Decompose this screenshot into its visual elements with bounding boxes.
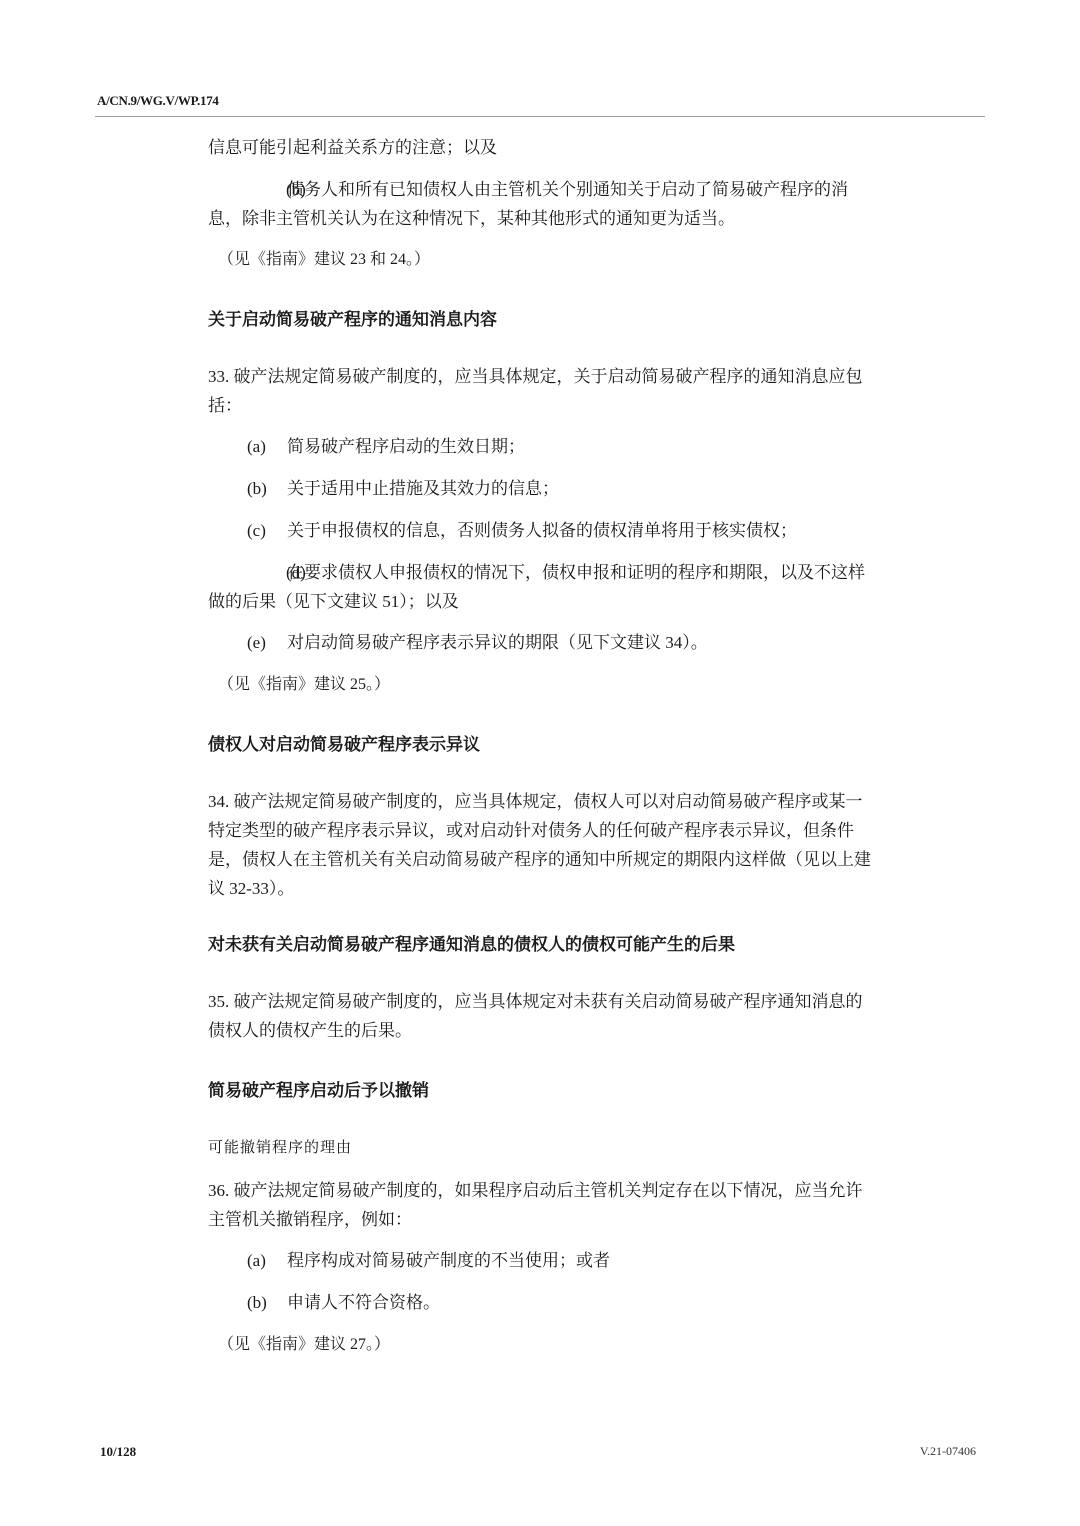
guide-reference-note: （见《指南》建议 25。） [218,670,884,699]
section-heading: 对未获有关启动简易破产程序通知消息的债权人的债权可能产生的后果 [208,930,874,959]
section-heading: 简易破产程序启动后予以撤销 [208,1076,874,1105]
list-item: (b)关于适用中止措施及其效力的信息； [208,474,874,503]
guide-reference-note: （见《指南》建议 27。） [218,1330,884,1359]
list-item-label: (a) [247,1246,287,1275]
list-item-text: 债务人和所有已知债权人由主管机关个别通知关于启动了简易破产程序的消息，除非主管机… [208,180,848,228]
paragraph-34: 34. 破产法规定简易破产制度的，应当具体规定，债权人可以对启动简易破产程序或某… [208,787,874,903]
paragraph-36: 36. 破产法规定简易破产制度的，如果程序启动后主管机关判定存在以下情况，应当允… [208,1176,874,1234]
page-number: 10/128 [100,1444,136,1460]
list-item-text: 关于申报债权的信息，否则债务人拟备的债权清单将用于核实债权； [287,521,797,540]
paragraph-35: 35. 破产法规定简易破产制度的，应当具体规定对未获有关启动简易破产程序通知消息… [208,987,874,1045]
guide-reference-note: （见《指南》建议 23 和 24。） [218,245,884,274]
list-item: (a)简易破产程序启动的生效日期； [208,432,874,461]
list-item: (b)申请人不符合资格。 [208,1288,874,1317]
section-heading: 债权人对启动简易破产程序表示异议 [208,730,874,759]
paragraph-33: 33. 破产法规定简易破产制度的，应当具体规定，关于启动简易破产程序的通知消息应… [208,362,874,420]
list-item: (b)债务人和所有已知债权人由主管机关个别通知关于启动了简易破产程序的消息，除非… [208,175,874,233]
list-item-label: (b) [247,175,287,204]
list-item-label: (c) [247,516,287,545]
list-item-label: (b) [247,474,287,503]
subsection-heading: 可能撤销程序的理由 [208,1134,874,1163]
list-item-text: 对启动简易破产程序表示异议的期限（见下文建议 34）。 [287,633,708,652]
job-number: V.21-07406 [920,1444,976,1459]
list-item-text: 简易破产程序启动的生效日期； [287,437,525,456]
list-item: (d)在要求债权人申报债权的情况下，债权申报和证明的程序和期限，以及不这样做的后… [208,558,874,616]
continuation-line: 信息可能引起利益关系方的注意；以及 [208,133,874,162]
document-header-code: A/CN.9/WG.V/WP.174 [97,93,219,109]
list-item-text: 在要求债权人申报债权的情况下，债权申报和证明的程序和期限，以及不这样做的后果（见… [208,563,865,611]
list-item-label: (e) [247,628,287,657]
list-item-text: 程序构成对简易破产制度的不当使用；或者 [287,1251,610,1270]
list-item-label: (a) [247,432,287,461]
list-item-text: 关于适用中止措施及其效力的信息； [287,479,559,498]
list-item: (a)程序构成对简易破产制度的不当使用；或者 [208,1246,874,1275]
header-divider [95,116,985,117]
list-item-label: (b) [247,1288,287,1317]
list-item: (e)对启动简易破产程序表示异议的期限（见下文建议 34）。 [208,628,874,657]
list-item: (c)关于申报债权的信息，否则债务人拟备的债权清单将用于核实债权； [208,516,874,545]
section-heading: 关于启动简易破产程序的通知消息内容 [208,305,874,334]
list-item-text: 申请人不符合资格。 [287,1293,440,1312]
list-item-label: (d) [247,558,287,587]
